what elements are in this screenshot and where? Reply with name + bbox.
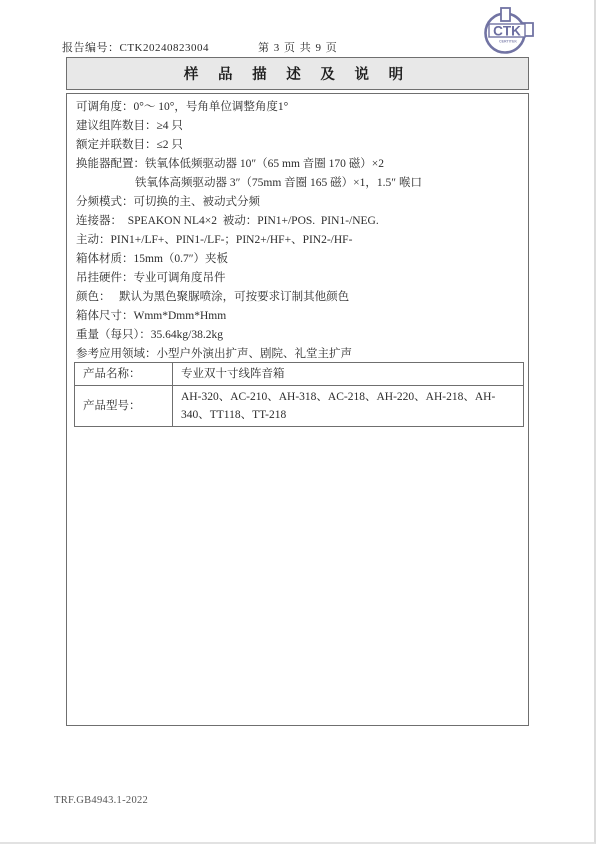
section-title: 样 品 描 述 及 说 明 bbox=[184, 63, 411, 84]
sample-description-box: 可调角度：0°～ 10°，号角单位调整角度1° 建议组阵数目：≥4 只 额定并联… bbox=[66, 93, 529, 726]
description-line: 箱体尺寸：Wmm*Dmm*Hmm bbox=[76, 307, 520, 326]
description-line: 换能器配置：铁氧体低频驱动器 10″（65 mm 音圈 170 磁）×2 bbox=[76, 155, 520, 174]
description-line: 铁氧体高频驱动器 3″（75mm 音圈 165 磁）×1，1.5″ 喉口 bbox=[76, 174, 520, 193]
table-row-value: AH-320、AC-210、AH-318、AC-218、AH-220、AH-21… bbox=[173, 386, 524, 427]
table-row-value: 专业双十寸线阵音箱 bbox=[173, 363, 524, 386]
description-line: 主动：PIN1+/LF+、PIN1-/LF-；PIN2+/HF+、PIN2-/H… bbox=[76, 231, 520, 250]
section-title-bar: 样 品 描 述 及 说 明 bbox=[66, 57, 529, 90]
report-number: 报告编号：CTK20240823004 bbox=[62, 39, 209, 55]
table-row-label: 产品名称： bbox=[75, 363, 173, 386]
description-line: 箱体材质：15mm（0.7″）夹板 bbox=[76, 250, 520, 269]
description-line: 可调角度：0°～ 10°，号角单位调整角度1° bbox=[76, 98, 520, 117]
report-page: 报告编号：CTK20240823004 第 3 页 共 9 页 CTK CERT… bbox=[0, 0, 596, 844]
logo-text: CTK bbox=[493, 24, 521, 39]
table-row: 产品型号： AH-320、AC-210、AH-318、AC-218、AH-220… bbox=[75, 386, 524, 427]
description-line: 吊挂硬件：专业可调角度吊件 bbox=[76, 269, 520, 288]
description-line: 额定并联数目：≤2 只 bbox=[76, 136, 520, 155]
ctk-logo-icon: CTK CERTITEK bbox=[478, 6, 536, 58]
description-line: 建议组阵数目：≥4 只 bbox=[76, 117, 520, 136]
description-line: 连接器： SPEAKON NL4×2 被动：PIN1+/POS. PIN1-/N… bbox=[76, 212, 520, 231]
description-line: 分频模式：可切换的主、被动式分频 bbox=[76, 193, 520, 212]
product-table: 产品名称： 专业双十寸线阵音箱 产品型号： AH-320、AC-210、AH-3… bbox=[74, 362, 524, 427]
description-line: 重量（每只）：35.64kg/38.2kg bbox=[76, 326, 520, 345]
page-indicator: 第 3 页 共 9 页 bbox=[258, 39, 338, 55]
description-list: 可调角度：0°～ 10°，号角单位调整角度1° 建议组阵数目：≥4 只 额定并联… bbox=[67, 94, 528, 364]
logo-subtext: CERTITEK bbox=[499, 40, 517, 44]
table-row: 产品名称： 专业双十寸线阵音箱 bbox=[75, 363, 524, 386]
description-line: 颜色： 默认为黑色聚脲喷涂，可按要求订制其他颜色 bbox=[76, 288, 520, 307]
table-row-label: 产品型号： bbox=[75, 386, 173, 427]
product-table-body: 产品名称： 专业双十寸线阵音箱 产品型号： AH-320、AC-210、AH-3… bbox=[75, 363, 524, 427]
trf-reference: TRF.GB4943.1-2022 bbox=[54, 795, 148, 806]
